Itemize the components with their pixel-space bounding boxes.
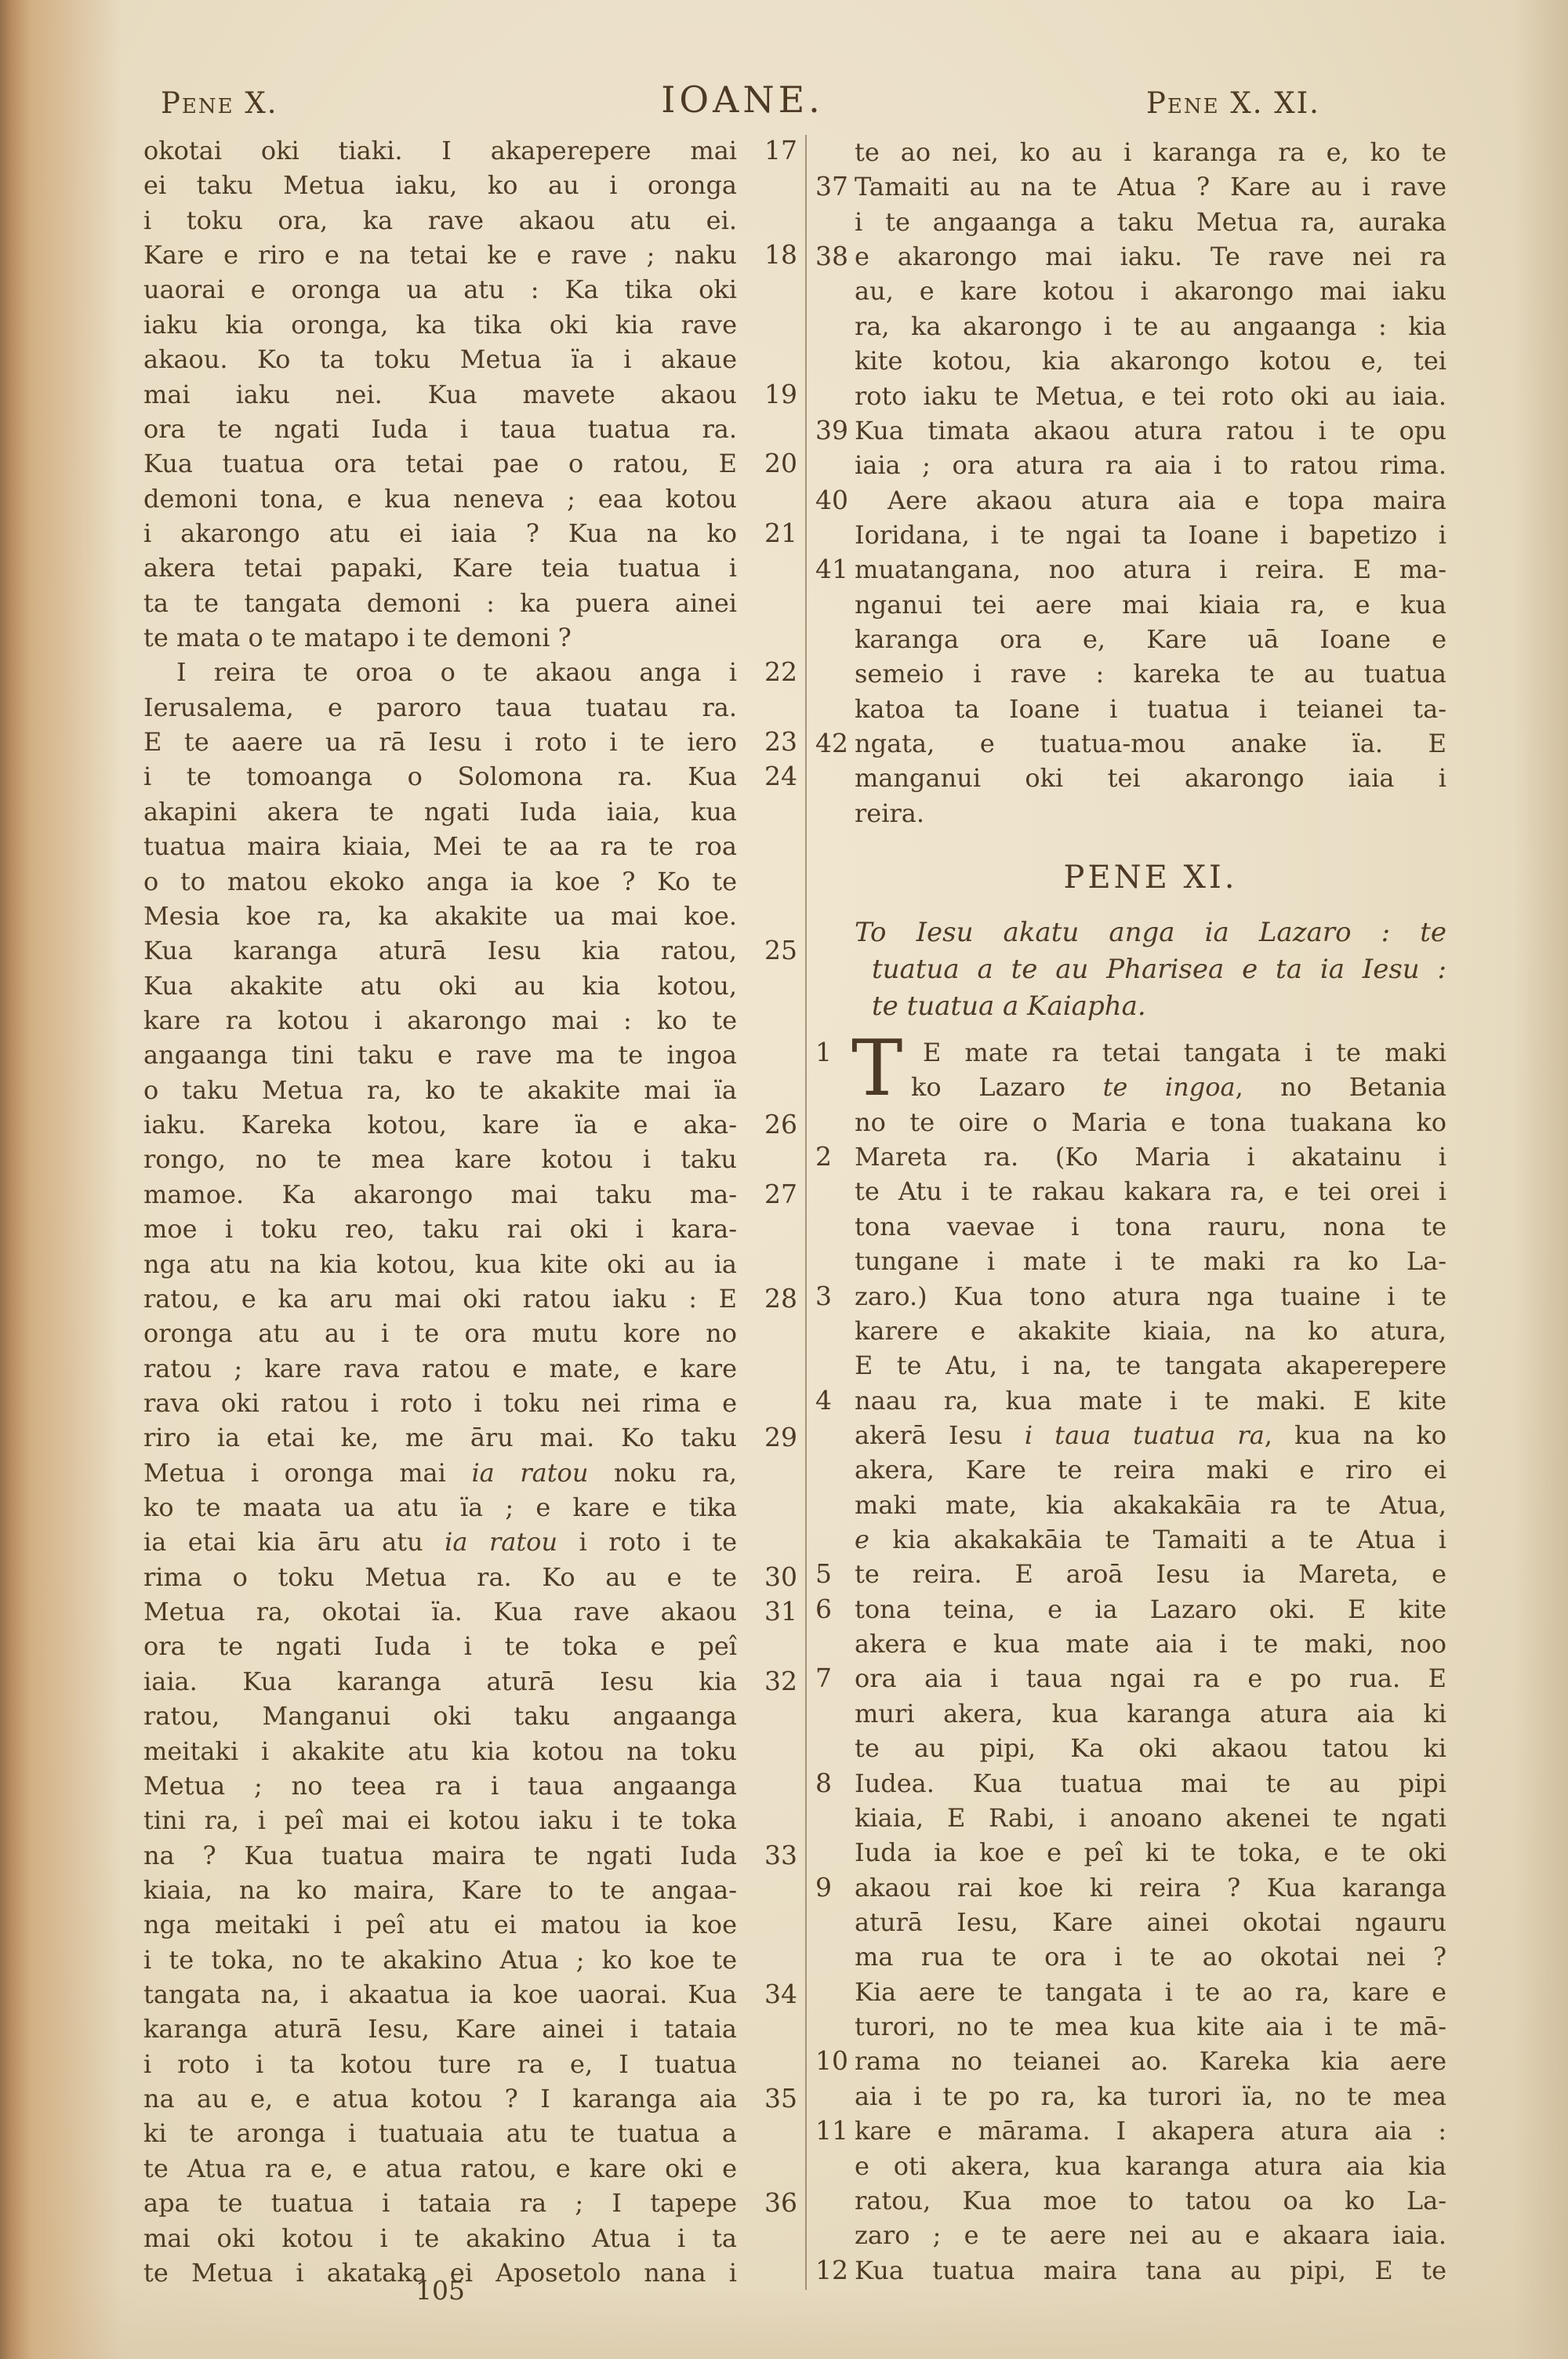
verse-number: 2 xyxy=(815,1140,851,1174)
text-line: 18Kare e riro e na tetai ke e rave ; nak… xyxy=(143,238,797,272)
verse-number: 24 xyxy=(741,759,797,794)
text-line: 4naau ra, kua mate i te maki. E kite xyxy=(815,1383,1446,1418)
text-line: 39Kua timata akaou atura ratou i te opu xyxy=(815,413,1446,448)
text-line: 28ratou, e ka aru mai oki ratou iaku : E xyxy=(143,1281,797,1316)
summary-line: te tuatua a Kaiapha. xyxy=(855,988,1446,1025)
text-line: reira. xyxy=(815,796,1446,831)
text-line: 5te reira. E aroā Iesu ia Mareta, e xyxy=(815,1557,1446,1591)
text-line: angaanga tini taku e rave ma te ingoa xyxy=(143,1038,797,1072)
text-line: 10rama no teianei ao. Kareka kia aere xyxy=(815,2044,1446,2078)
text-line: 23E te aaere ua rā Iesu i roto i te iero xyxy=(143,725,797,759)
text-line: 8Iudea. Kua tuatua mai te au pipi xyxy=(815,1766,1446,1801)
text-line: 7ora aia i taua ngai ra e po rua. E xyxy=(815,1661,1446,1696)
text-line: ei taku Metua iaku, ko au i oronga xyxy=(143,168,797,202)
text-line: i toku ora, ka rave akaou atu ei. xyxy=(143,203,797,238)
verse-number: 38 xyxy=(815,239,851,274)
text-line: te au pipi, Ka oki akaou tatou ki xyxy=(815,1731,1446,1765)
chapter10-continuation-block: te ao nei, ko au i karanga ra e, ko te37… xyxy=(815,135,1446,831)
text-line: 19mai iaku nei. Kua mavete akaou xyxy=(143,377,797,412)
running-head-title: IOANE. xyxy=(507,78,978,121)
text-line: tini ra, i peî mai ei kotou iaku i te to… xyxy=(143,1803,797,1837)
verse-number: 23 xyxy=(741,725,797,759)
text-line: nga atu na kia kotou, kua kite oki au ia xyxy=(143,1247,797,1281)
italic-phrase: ia ratou xyxy=(471,1458,588,1488)
verse-number: 33 xyxy=(741,1838,797,1873)
running-head-left: Pene X. xyxy=(161,86,278,120)
verse-number: 19 xyxy=(741,377,797,412)
italic-phrase: te ingoa xyxy=(1103,1072,1236,1102)
verse-number: 39 xyxy=(815,413,851,448)
text-line: maki mate, kia akakakāia ra te Atua, xyxy=(815,1488,1446,1522)
verse-number: 18 xyxy=(741,238,797,272)
text-line: te ao nei, ko au i karanga ra e, ko te xyxy=(815,135,1446,169)
text-line: e oti akera, kua karanga atura aia kia xyxy=(815,2149,1446,2183)
verse-number: 42 xyxy=(815,726,851,761)
text-line: ta te tangata demoni : ka puera ainei xyxy=(143,586,797,620)
verse-number: 4 xyxy=(815,1383,851,1418)
text-line: kare ra kotou i akarongo mai : ko te xyxy=(143,1003,797,1038)
text-line: karanga aturā Iesu, Kare ainei i tataia xyxy=(143,2012,797,2046)
verse-number: 32 xyxy=(741,1664,797,1699)
text-line: tona vaevae i tona rauru, nona te xyxy=(815,1209,1446,1244)
text-line: te Atua ra e, e atua ratou, e kare oki e xyxy=(143,2151,797,2186)
text-line: aia i te po ra, ka turori ïa, no te mea xyxy=(815,2079,1446,2114)
verse-number: 37 xyxy=(815,169,851,204)
summary-line: tuatua a te au Pharisea e ta ia Iesu : xyxy=(855,951,1446,988)
text-line: nga meitaki i peî atu ei matou ia koe xyxy=(143,1907,797,1942)
verse-number: 17 xyxy=(741,133,797,168)
verse-number: 31 xyxy=(741,1594,797,1629)
verse-number: 11 xyxy=(815,2114,851,2148)
text-line: karanga ora e, Kare uā Ioane e xyxy=(815,622,1446,656)
verse-number: 9 xyxy=(815,1870,851,1905)
running-head-right: Pene X. XI. xyxy=(1146,86,1320,120)
verse-number: 40 xyxy=(815,483,851,518)
text-line: Kia aere te tangata i te ao ra, kare e xyxy=(815,1975,1446,2009)
text-line: akera, Kare te reira maki e riro ei xyxy=(815,1452,1446,1487)
text-line: ko Lazaro te ingoa, no Betania xyxy=(815,1070,1446,1104)
text-line: 38e akarongo mai iaku. Te rave nei ra xyxy=(815,239,1446,274)
text-line: 26iaku. Kareka kotou, kare ïa e aka- xyxy=(143,1107,797,1142)
verse-number: 26 xyxy=(741,1107,797,1142)
text-line: semeio i rave : kareka te au tuatua xyxy=(815,656,1446,691)
italic-phrase: e xyxy=(855,1525,869,1554)
text-line: aturā Iesu, Kare ainei okotai ngauru xyxy=(815,1905,1446,1939)
text-line: e kia akakakāia te Tamaiti a te Atua i xyxy=(815,1522,1446,1557)
text-line: au, e kare kotou i akarongo mai iaku xyxy=(815,274,1446,308)
text-line: 31Metua ra, okotai ïa. Kua rave akaou xyxy=(143,1594,797,1629)
column-divider-rule xyxy=(805,135,807,2290)
scanned-book-page: { "header": { "left": "Pene X.", "center… xyxy=(0,0,1568,2359)
text-line: 41muatangana, noo atura i reira. E ma- xyxy=(815,552,1446,587)
text-line: kiaia, na ko maira, Kare to te angaa- xyxy=(143,1873,797,1907)
text-line: iaku kia oronga, ka tika oki kia rave xyxy=(143,307,797,342)
text-line: karere e akakite kiaia, na ko atura, xyxy=(815,1314,1446,1348)
text-line: 1TE mate ra tetai tangata i te maki xyxy=(815,1035,1446,1070)
text-line: moe i toku reo, taku rai oki i kara- xyxy=(143,1212,797,1246)
text-line: E te Atu, i na, te tangata akaperepere xyxy=(815,1348,1446,1383)
text-line: te Atu i te rakau kakara ra, e tei orei … xyxy=(815,1174,1446,1209)
text-line: manganui oki tei akarongo iaia i xyxy=(815,761,1446,795)
text-line: 36apa te tuatua i tataia ra ; I tapepe xyxy=(143,2186,797,2220)
text-line: 12Kua tuatua maira tana au pipi, E te xyxy=(815,2253,1446,2288)
chapter-summary: To Iesu akatu anga ia Lazaro : tetuatua … xyxy=(855,914,1446,1025)
text-line: tungane i mate i te maki ra ko La- xyxy=(815,1244,1446,1278)
text-line: 30rima o toku Metua ra. Ko au e te xyxy=(143,1560,797,1594)
verse-number: 27 xyxy=(741,1177,797,1212)
verse-number: 35 xyxy=(741,2081,797,2116)
verse-number: 1 xyxy=(815,1035,851,1070)
text-line: Metua ; no teea ra i taua angaanga xyxy=(143,1768,797,1803)
left-text-column: 17okotai oki tiaki. I akaperepere maiei … xyxy=(143,133,797,2290)
text-line: ia etai kia āru atu ia ratou i roto i te xyxy=(143,1525,797,1559)
text-line: turori, no te mea kua kite aia i te mā- xyxy=(815,2009,1446,2044)
text-line: Metua i oronga mai ia ratou noku ra, xyxy=(143,1456,797,1490)
text-line: ma rua te ora i te ao okotai nei ? xyxy=(815,1939,1446,1974)
text-line: ki te aronga i tuatuaia atu te tuatua a xyxy=(143,2116,797,2150)
text-line: 9akaou rai koe ki reira ? Kua karanga xyxy=(815,1870,1446,1905)
text-line: 6tona teina, e ia Lazaro oki. E kite xyxy=(815,1592,1446,1627)
text-line: 22I reira te oroa o te akaou anga i xyxy=(143,655,797,689)
text-line: katoa ta Ioane i tuatua i teianei ta- xyxy=(815,692,1446,726)
verse-number: 29 xyxy=(741,1420,797,1455)
text-line: ra, ka akarongo i te au angaanga : kia xyxy=(815,309,1446,343)
text-line: ratou, Manganui oki taku angaanga xyxy=(143,1699,797,1733)
verse-number: 12 xyxy=(815,2253,851,2288)
text-line: no te oire o Maria e tona tuakana ko xyxy=(815,1105,1446,1140)
verse-number: 20 xyxy=(741,446,797,481)
verse-number: 25 xyxy=(741,933,797,968)
text-line: meitaki i akakite atu kia kotou na toku xyxy=(143,1734,797,1768)
text-line: rongo, no te mea kare kotou i taku xyxy=(143,1142,797,1176)
text-line: muri akera, kua karanga atura aia ki xyxy=(815,1696,1446,1731)
verse-number: 5 xyxy=(815,1557,851,1591)
text-line: iaia ; ora atura ra aia i to ratou rima. xyxy=(815,448,1446,482)
text-line: nganui tei aere mai kiaia ra, e kua xyxy=(815,587,1446,622)
text-line: akera e kua mate aia i te maki, noo xyxy=(815,1627,1446,1661)
text-line: uaorai e oronga ua atu : Ka tika oki xyxy=(143,272,797,307)
text-line: akerā Iesu i taua tuatua ra, kua na ko xyxy=(815,1418,1446,1452)
verse-number: 21 xyxy=(741,516,797,551)
text-line: akaou. Ko ta toku Metua ïa i akaue xyxy=(143,342,797,376)
text-line: 40Aere akaou atura aia e topa maira xyxy=(815,483,1446,518)
text-line: zaro ; e te aere nei au e akaara iaia. xyxy=(815,2218,1446,2252)
text-line: akapini akera te ngati Iuda iaia, kua xyxy=(143,794,797,829)
verse-number: 3 xyxy=(815,1279,851,1314)
text-line: Iuda ia koe e peî ki te toka, e te oki xyxy=(815,1835,1446,1870)
text-line: i te toka, no te akakino Atua ; ko koe t… xyxy=(143,1943,797,1977)
text-line: tuatua maira kiaia, Mei te aa ra te roa xyxy=(143,829,797,863)
text-line: demoni tona, e kua neneva ; eaa kotou xyxy=(143,482,797,516)
text-line: 32iaia. Kua karanga aturā Iesu kia xyxy=(143,1664,797,1699)
text-line: oronga atu au i te ora mutu kore no xyxy=(143,1316,797,1350)
text-line: te mata o te matapo i te demoni ? xyxy=(143,620,797,655)
text-line: ko te maata ua atu ïa ; e kare e tika xyxy=(143,1490,797,1525)
text-line: 33na ? Kua tuatua maira te ngati Iuda xyxy=(143,1838,797,1873)
text-line: 2Mareta ra. (Ko Maria i akatainu i xyxy=(815,1140,1446,1174)
verse-number: 6 xyxy=(815,1592,851,1627)
text-line: o to matou ekoko anga ia koe ? Ko te xyxy=(143,864,797,899)
verse-number: 41 xyxy=(815,552,851,587)
verse-number: 7 xyxy=(815,1661,851,1696)
text-line: i te angaanga a taku Metua ra, auraka xyxy=(815,205,1446,239)
text-line: i roto i ta kotou ture ra e, I tuatua xyxy=(143,2047,797,2081)
text-line: Ioridana, i te ngai ta Ioane i bapetizo … xyxy=(815,518,1446,552)
text-line: ratou ; kare rava ratou e mate, e kare xyxy=(143,1351,797,1386)
verse-number: 30 xyxy=(741,1560,797,1594)
text-line: kiaia, E Rabi, i anoano akenei te ngati xyxy=(815,1801,1446,1835)
text-line: 21i akarongo atu ei iaia ? Kua na ko xyxy=(143,516,797,551)
text-line: roto iaku te Metua, e tei roto oki au ia… xyxy=(815,379,1446,413)
text-line: 34tangata na, i akaatua ia koe uaorai. K… xyxy=(143,1977,797,2012)
page-number: 105 xyxy=(143,2275,737,2306)
text-line: Kua akakite atu oki au kia kotou, xyxy=(143,969,797,1003)
chapter11-verses-block: 1TE mate ra tetai tangata i te makiko La… xyxy=(815,1035,1446,2288)
verse-number: 10 xyxy=(815,2044,851,2078)
text-line: 27mamoe. Ka akarongo mai taku ma- xyxy=(143,1177,797,1212)
verse-number: 34 xyxy=(741,1977,797,2012)
verse-number: 36 xyxy=(741,2186,797,2220)
text-line: ora te ngati Iuda i taua tuatua ra. xyxy=(143,412,797,446)
text-line: 35na au e, e atua kotou ? I karanga aia xyxy=(143,2081,797,2116)
text-line: 37Tamaiti au na te Atua ? Kare au i rave xyxy=(815,169,1446,204)
text-line: 3zaro.) Kua tono atura nga tuaine i te xyxy=(815,1279,1446,1314)
text-line: rava oki ratou i roto i toku nei rima e xyxy=(143,1386,797,1420)
text-line: 17okotai oki tiaki. I akaperepere mai xyxy=(143,133,797,168)
text-line: ratou, Kua moe to tatou oa ko La- xyxy=(815,2183,1446,2218)
text-line: kite kotou, kia akarongo kotou e, tei xyxy=(815,343,1446,378)
text-line: akera tetai papaki, Kare teia tuatua i xyxy=(143,551,797,585)
text-line: Mesia koe ra, ka akakite ua mai koe. xyxy=(143,899,797,933)
verse-number: 8 xyxy=(815,1766,851,1801)
verse-number: 28 xyxy=(741,1281,797,1316)
text-line: 25Kua karanga aturā Iesu kia ratou, xyxy=(143,933,797,968)
text-line: ora te ngati Iuda i te toka e peî xyxy=(143,1629,797,1663)
italic-phrase: ia ratou xyxy=(445,1527,557,1557)
chapter-heading: PENE XI. xyxy=(855,860,1446,896)
text-line: 42ngata, e tuatua-mou anake ïa. E xyxy=(815,726,1446,761)
text-line: 29riro ia etai ke, me āru mai. Ko taku xyxy=(143,1420,797,1455)
text-line: Ierusalema, e paroro taua tuatau ra. xyxy=(143,690,797,725)
text-line: 20Kua tuatua ora tetai pae o ratou, E xyxy=(143,446,797,481)
italic-phrase: i taua tuatua ra xyxy=(1025,1420,1265,1450)
text-line: mai oki kotou i te akakino Atua i ta xyxy=(143,2221,797,2255)
text-line: o taku Metua ra, ko te akakite mai ïa xyxy=(143,1073,797,1107)
summary-line: To Iesu akatu anga ia Lazaro : te xyxy=(855,914,1446,951)
text-line: 11kare e mārama. I akapera atura aia : xyxy=(815,2114,1446,2148)
verse-number: 22 xyxy=(741,655,797,689)
text-line: 24i te tomoanga o Solomona ra. Kua xyxy=(143,759,797,794)
